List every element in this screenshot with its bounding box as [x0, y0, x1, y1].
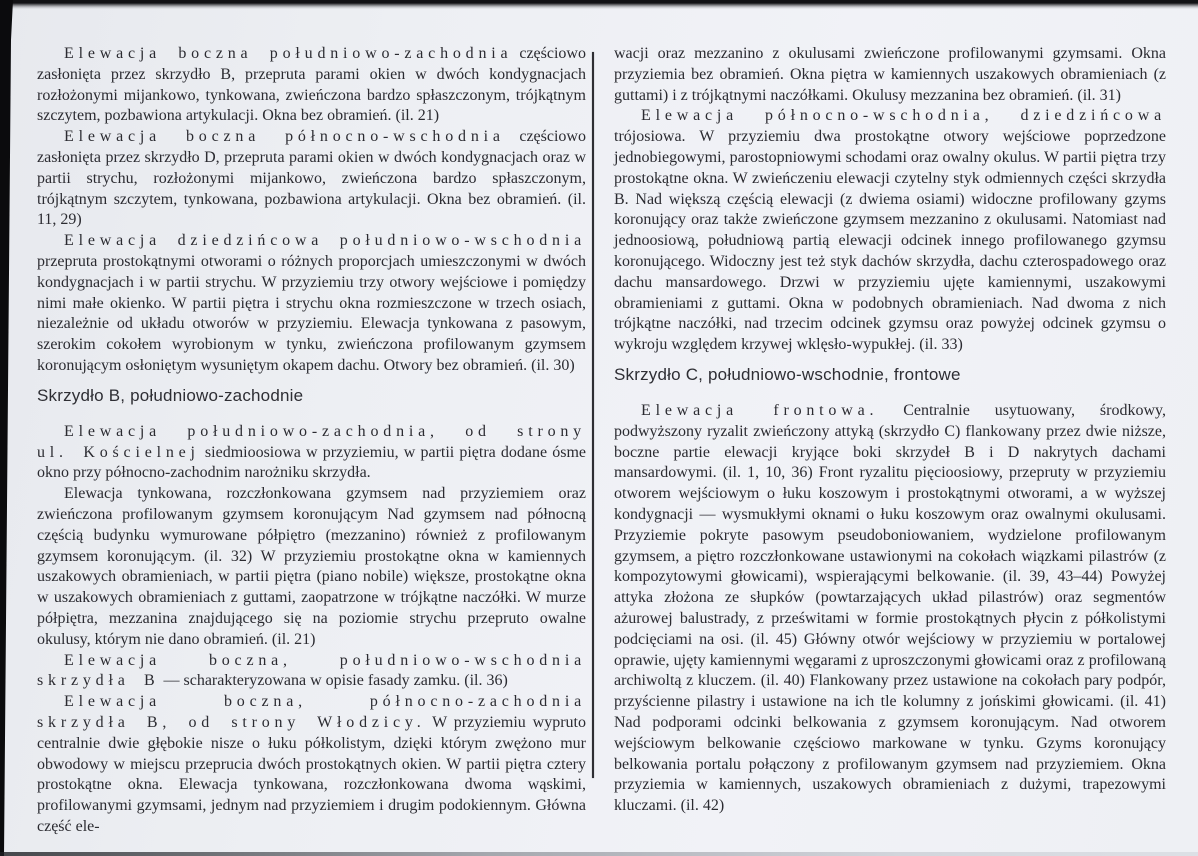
- paragraph: Elewacja tynkowana, rozczłonkowana gzyms…: [37, 484, 586, 650]
- body-text: Centralnie usytuowany, środkowy, podwyżs…: [614, 402, 1166, 814]
- page-edge-left: [0, 0, 14, 856]
- scanned-page: Elewacja boczna południowo-zachodnia czę…: [0, 0, 1198, 856]
- paragraph: Elewacja boczna północno-wschodnia częśc…: [37, 127, 586, 231]
- text-column-right: wacji oraz mezzanino z okulusami zwieńcz…: [614, 44, 1166, 817]
- page-edge-top: [0, 0, 1198, 9]
- text-column-left: Elewacja boczna południowo-zachodnia czę…: [37, 44, 586, 838]
- emphasized-letterspaced-text: Elewacja północno-wschodnia, dziedzińcow…: [641, 107, 1166, 124]
- emphasized-letterspaced-text: Elewacja boczna południowo-zachodnia: [64, 45, 512, 62]
- body-text: — scharakteryzowana w opisie fasady zamk…: [159, 672, 507, 689]
- paragraph: Elewacja południowo-zachodnia, od strony…: [37, 422, 586, 484]
- paragraph: Elewacja północno-wschodnia, dziedzińcow…: [614, 106, 1166, 356]
- paragraph: Elewacja boczna, południowo-wschodnia sk…: [37, 651, 586, 693]
- paragraph: Elewacja boczna, północno-zachodnia skrz…: [37, 692, 586, 838]
- page-edge-bottom: [0, 852, 1198, 856]
- paragraph: Elewacja frontowa. Centralnie usytuowany…: [614, 401, 1166, 817]
- section-heading: Skrzydło C, południowo-wschodnie, fronto…: [614, 365, 1166, 385]
- emphasized-letterspaced-text: Elewacja dziedzińcowa południowo-wschodn…: [64, 232, 586, 249]
- section-heading: Skrzydło B, południowo-zachodnie: [37, 386, 586, 406]
- body-text: trójosiowa. W przyziemiu dwa prostokątne…: [614, 128, 1166, 353]
- body-text: W przyziemiu wypruto centralnie dwie głę…: [37, 714, 586, 835]
- body-text: przepruta prostokątnymi otworami o różny…: [37, 253, 586, 374]
- paragraph: Elewacja boczna południowo-zachodnia czę…: [37, 44, 586, 127]
- emphasized-letterspaced-text: Elewacja boczna północno-wschodnia: [64, 128, 505, 145]
- body-text: Elewacja tynkowana, rozczłonkowana gzyms…: [37, 485, 586, 648]
- emphasized-letterspaced-text: Elewacja frontowa.: [641, 402, 878, 419]
- column-divider-line: [592, 52, 594, 778]
- paragraph: Elewacja dziedzińcowa południowo-wschodn…: [37, 231, 586, 377]
- body-text: wacji oraz mezzanino z okulusami zwieńcz…: [614, 45, 1166, 104]
- paragraph: wacji oraz mezzanino z okulusami zwieńcz…: [614, 44, 1166, 106]
